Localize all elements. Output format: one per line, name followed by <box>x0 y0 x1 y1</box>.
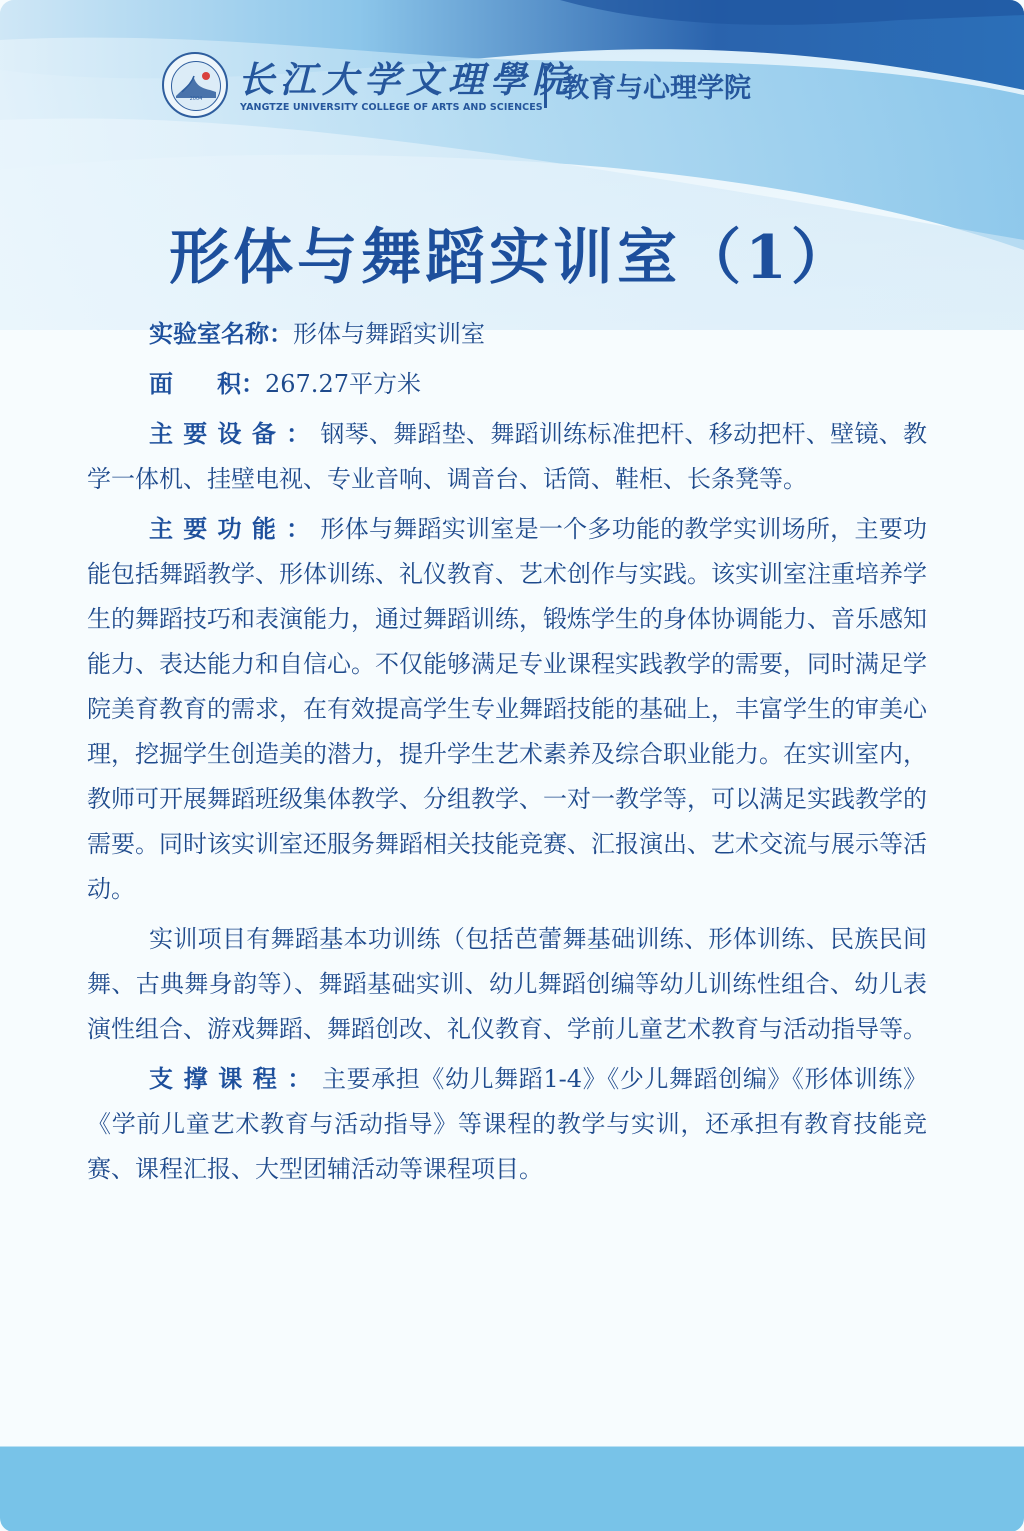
area-label-last: 积： <box>209 362 265 407</box>
school-name-en: YANGTZE UNIVERSITY COLLEGE OF ARTS AND S… <box>240 102 543 113</box>
logo-divider <box>544 66 547 108</box>
university-emblem-icon: 2004 <box>162 52 228 118</box>
training-projects-value: 实训项目有舞蹈基本功训练（包括芭蕾舞基础训练、形体训练、民族民间舞、古典舞身韵等… <box>87 925 927 1043</box>
page-title: 形体与舞蹈实训室（1） <box>0 210 1024 296</box>
training-projects-row: 实训项目有舞蹈基本功训练（包括芭蕾舞基础训练、形体训练、民族民间舞、古典舞身韵等… <box>87 917 927 1052</box>
college-logo-row: 2004 长江大学文理學院 YANGTZE UNIVERSITY COLLEGE… <box>162 48 802 128</box>
lab-name-value: 形体与舞蹈实训室 <box>293 320 485 348</box>
functions-value: 形体与舞蹈实训室是一个多功能的教学实训场所，主要功能包括舞蹈教学、形体训练、礼仪… <box>87 515 927 903</box>
department-name: 教育与心理学院 <box>562 66 751 105</box>
lab-name-row: 实验室名称：形体与舞蹈实训室 <box>87 312 927 357</box>
footer-band <box>0 1446 1024 1531</box>
courses-label: 支撑课程： <box>149 1065 322 1093</box>
courses-row: 支撑课程：主要承担《幼儿舞蹈1-4》《少儿舞蹈创编》《形体训练》《学前儿童艺术教… <box>87 1057 927 1192</box>
lab-name-label: 实验室名称： <box>149 320 293 348</box>
equipment-label: 主要设备： <box>149 420 320 448</box>
functions-row: 主要功能：形体与舞蹈实训室是一个多功能的教学实训场所，主要功能包括舞蹈教学、形体… <box>87 507 927 912</box>
emblem-red-dot <box>202 72 210 80</box>
school-name-cn: 长江大学文理學院 <box>238 52 574 103</box>
emblem-year: 2004 <box>172 96 220 102</box>
equipment-row: 主要设备：钢琴、舞蹈垫、舞蹈训练标准把杆、移动把杆、壁镜、教学一体机、挂壁电视、… <box>87 412 927 502</box>
area-label-first: 面 <box>149 362 209 407</box>
area-row: 面积：267.27平方米 <box>87 362 927 407</box>
area-value: 267.27平方米 <box>265 370 421 398</box>
lab-info-content: 实验室名称：形体与舞蹈实训室 面积：267.27平方米 主要设备：钢琴、舞蹈垫、… <box>87 312 927 1192</box>
functions-label: 主要功能： <box>149 515 320 543</box>
